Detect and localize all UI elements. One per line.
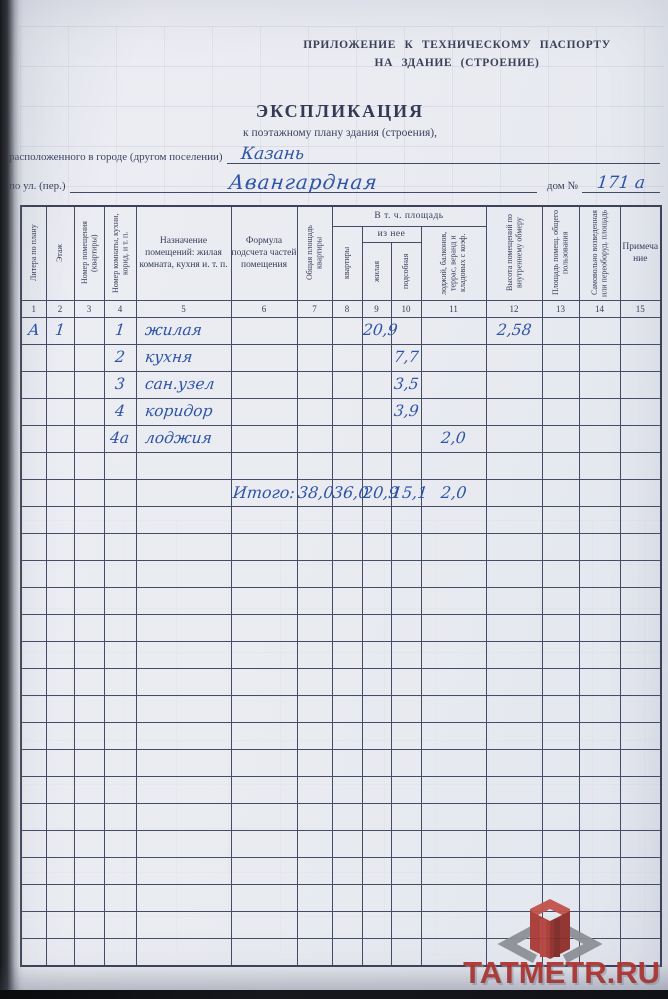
- table-cell: [579, 398, 620, 425]
- table-cell: [620, 506, 661, 533]
- table-cell: 2,0: [421, 479, 486, 506]
- table-cell: [542, 425, 579, 452]
- table-cell: [46, 695, 74, 722]
- column-header-primechanie: Примечание: [620, 206, 661, 300]
- table-cell: 3,9: [391, 398, 421, 425]
- table-cell: [579, 533, 620, 560]
- table-cell: [542, 317, 579, 344]
- table-cell: [421, 614, 486, 641]
- table-cell: [46, 722, 74, 749]
- table-cell: [332, 452, 362, 479]
- table-cell: [542, 452, 579, 479]
- table-cell: [104, 830, 136, 857]
- table-cell: [421, 398, 486, 425]
- table-cell: [362, 803, 391, 830]
- column-number: 4: [104, 300, 136, 317]
- handwritten-entry: 2,58: [496, 321, 532, 339]
- table-cell: [332, 614, 362, 641]
- table-cell: [421, 533, 486, 560]
- table-cell: сан.узел: [136, 371, 231, 398]
- table-cell: [136, 884, 231, 911]
- empty-row: [21, 560, 661, 587]
- handwritten-entry: 3: [114, 375, 126, 393]
- table-cell: [620, 452, 661, 479]
- handwritten-entry: 1: [54, 321, 66, 339]
- table-cell: [542, 560, 579, 587]
- column-header-naznachenie: Назначение помещений: жилая комната, кух…: [136, 206, 231, 300]
- table-cell: [620, 776, 661, 803]
- table-cell: [362, 857, 391, 884]
- table-cell: [297, 587, 332, 614]
- table-cell: [231, 452, 297, 479]
- table-cell: [231, 938, 297, 966]
- entry-row: 4алоджия2,0: [21, 425, 661, 452]
- table-cell: [46, 398, 74, 425]
- page-subtitle: к поэтажному плану здания (строения),: [40, 127, 640, 139]
- table-cell: [21, 695, 46, 722]
- table-cell: [74, 803, 104, 830]
- table-cell: [136, 668, 231, 695]
- table-cell: [297, 614, 332, 641]
- table-cell: [297, 560, 332, 587]
- empty-row: [21, 695, 661, 722]
- table-cell: [136, 722, 231, 749]
- table-cell: [46, 803, 74, 830]
- table-cell: [136, 614, 231, 641]
- handwritten-entry: 38,0: [297, 483, 335, 502]
- table-cell: [332, 425, 362, 452]
- scanned-document-photo: { "page": { "header_line1": "ПРИЛОЖЕНИЕ …: [0, 0, 668, 999]
- table-cell: [391, 803, 421, 830]
- table-cell: [231, 776, 297, 803]
- table-cell: [332, 857, 362, 884]
- table-cell: [104, 479, 136, 506]
- handwritten-entry: 2: [114, 348, 126, 366]
- table-cell: [136, 803, 231, 830]
- table-cell: [46, 344, 74, 371]
- table-cell: [74, 695, 104, 722]
- table-cell: 4а: [104, 425, 136, 452]
- table-cell: [297, 425, 332, 452]
- handwritten-entry: кухня: [144, 348, 193, 366]
- table-cell: [332, 641, 362, 668]
- table-cell: [74, 749, 104, 776]
- table-cell: [46, 938, 74, 966]
- table-cell: [391, 884, 421, 911]
- table-cell: [297, 722, 332, 749]
- table-cell: [297, 452, 332, 479]
- table-cell: [542, 803, 579, 830]
- table-cell: [21, 722, 46, 749]
- table-cell: [620, 803, 661, 830]
- table-cell: [21, 749, 46, 776]
- table-cell: [231, 614, 297, 641]
- table-cell: [136, 857, 231, 884]
- table-cell: [362, 506, 391, 533]
- table-cell: 2,0: [421, 425, 486, 452]
- table-cell: [620, 587, 661, 614]
- table-cell: 2,58: [486, 317, 542, 344]
- entry-row: А11жилая20,92,58: [21, 317, 661, 344]
- group-header-iz-nee: из нее: [362, 226, 421, 242]
- table-cell: [74, 884, 104, 911]
- table-cell: [46, 587, 74, 614]
- table-cell: [231, 560, 297, 587]
- column-header-obshchego-polzovaniya: Площадь помещ. общего пользования: [542, 206, 579, 300]
- table-cell: [74, 722, 104, 749]
- table-cell: [74, 506, 104, 533]
- location-underline: Казань: [227, 146, 660, 164]
- table-cell: [391, 560, 421, 587]
- table-cell: [620, 344, 661, 371]
- table-cell: [620, 398, 661, 425]
- table-cell: [21, 425, 46, 452]
- table-cell: [579, 452, 620, 479]
- table-cell: [579, 749, 620, 776]
- empty-row: [21, 614, 661, 641]
- table-cell: [297, 857, 332, 884]
- table-cell: [362, 830, 391, 857]
- empty-row: [21, 452, 661, 479]
- table-cell: [104, 857, 136, 884]
- table-cell: [231, 641, 297, 668]
- table-cell: [231, 533, 297, 560]
- table-cell: [332, 722, 362, 749]
- table-cell: [74, 398, 104, 425]
- document-header: ПРИЛОЖЕНИЕ К ТЕХНИЧЕСКОМУ ПАСПОРТУ НА ЗД…: [258, 36, 656, 73]
- table-cell: [391, 938, 421, 966]
- table-cell: [421, 587, 486, 614]
- column-number: 6: [231, 300, 297, 317]
- table-cell: [21, 371, 46, 398]
- table-cell: коридор: [136, 398, 231, 425]
- column-header-nomer-komnaty: Номер комнаты, кухни, корид. и т. п.: [104, 206, 136, 300]
- column-number: 14: [579, 300, 620, 317]
- table-cell: [231, 803, 297, 830]
- table-cell: [579, 803, 620, 830]
- table-cell: 4: [104, 398, 136, 425]
- table-cell: 38,0: [297, 479, 332, 506]
- table-cell: [362, 776, 391, 803]
- handwritten-entry: 3,9: [393, 402, 420, 420]
- table-cell: [391, 857, 421, 884]
- table-cell: [136, 479, 231, 506]
- table-cell: [74, 452, 104, 479]
- table-cell: [46, 668, 74, 695]
- table-cell: [542, 857, 579, 884]
- house-underline: 171 а: [582, 175, 660, 193]
- table-cell: [297, 533, 332, 560]
- table-cell: [620, 560, 661, 587]
- column-header-nomer-pomeshcheniya: Номер помещения (квартиры): [74, 206, 104, 300]
- table-cell: [542, 344, 579, 371]
- table-cell: [231, 344, 297, 371]
- table-cell: [231, 749, 297, 776]
- table-cell: [362, 668, 391, 695]
- table-cell: [332, 749, 362, 776]
- column-number: 13: [542, 300, 579, 317]
- table-cell: [486, 560, 542, 587]
- table-cell: [486, 749, 542, 776]
- table-cell: [46, 425, 74, 452]
- table-cell: [362, 452, 391, 479]
- table-cell: [542, 587, 579, 614]
- table-cell: [136, 452, 231, 479]
- column-header-etazh: Этаж: [46, 206, 74, 300]
- table-cell: [297, 668, 332, 695]
- table-cell: [362, 641, 391, 668]
- table-cell: [21, 884, 46, 911]
- table-cell: [486, 371, 542, 398]
- table-cell: [421, 371, 486, 398]
- form-row-location: расположенного в городе (другом поселени…: [9, 146, 660, 164]
- table-cell: [46, 884, 74, 911]
- table-cell: лоджия: [136, 425, 231, 452]
- page-bottom-shadow: [0, 964, 668, 990]
- handwritten-entry: 15,1: [391, 483, 429, 502]
- table-cell: 3,5: [391, 371, 421, 398]
- column-header-zhilaya: жилая: [362, 242, 391, 300]
- handwritten-entry: 3,5: [393, 375, 420, 393]
- table-cell: [332, 938, 362, 966]
- table-cell: [297, 398, 332, 425]
- table-cell: [391, 911, 421, 938]
- table-cell: [620, 695, 661, 722]
- table-cell: [421, 344, 486, 371]
- column-number: 11: [421, 300, 486, 317]
- location-handwritten-value: Казань: [240, 146, 305, 163]
- house-number-label: дом №: [537, 180, 582, 193]
- page-title: ЭКСПЛИКАЦИЯ: [40, 101, 640, 122]
- table-cell: [362, 938, 391, 966]
- table-cell: [486, 398, 542, 425]
- table-cell: [297, 641, 332, 668]
- table-cell: [391, 614, 421, 641]
- table-cell: [579, 587, 620, 614]
- column-number-row: 1 2 3 4 5 6 7 8 9 10 11 12 13 14 15: [21, 300, 661, 317]
- table-cell: [362, 695, 391, 722]
- table-cell: [362, 371, 391, 398]
- column-number: 1: [21, 300, 46, 317]
- column-header-vysota: Высота помещений по внутреннему обмеру: [486, 206, 542, 300]
- table-cell: 7,7: [391, 344, 421, 371]
- table-cell: [136, 641, 231, 668]
- handwritten-entry: сан.узел: [144, 375, 215, 393]
- table-cell: [104, 776, 136, 803]
- table-cell: [74, 614, 104, 641]
- table-cell: 15,1: [391, 479, 421, 506]
- table-cell: [74, 938, 104, 966]
- table-cell: [46, 830, 74, 857]
- table-cell: [332, 803, 362, 830]
- table-cell: [231, 371, 297, 398]
- empty-row: [21, 533, 661, 560]
- handwritten-entry: жилая: [144, 321, 203, 339]
- column-number: 7: [297, 300, 332, 317]
- handwritten-entry: 20,9: [362, 321, 398, 339]
- table-cell: [332, 371, 362, 398]
- table-cell: [104, 938, 136, 966]
- table-cell: [231, 857, 297, 884]
- empty-row: [21, 587, 661, 614]
- table-cell: [297, 803, 332, 830]
- table-cell: [332, 668, 362, 695]
- form-row-street: по ул. (пер.) Авангардная дом № 171 а: [9, 172, 660, 193]
- table-cell: [21, 857, 46, 884]
- column-header-formula: Формула подсчета частей помещения: [231, 206, 297, 300]
- table-cell: [620, 857, 661, 884]
- table-cell: [421, 452, 486, 479]
- table-cell: [391, 668, 421, 695]
- table-cell: [486, 722, 542, 749]
- table-cell: [486, 452, 542, 479]
- table-cell: [231, 506, 297, 533]
- table-cell: [104, 506, 136, 533]
- table-cell: [104, 587, 136, 614]
- table-cell: [620, 641, 661, 668]
- table-cell: [421, 857, 486, 884]
- handwritten-entry: 1: [114, 321, 126, 339]
- table-cell: [104, 614, 136, 641]
- entry-row: 3сан.узел3,5: [21, 371, 661, 398]
- table-cell: [297, 884, 332, 911]
- table-cell: 20,9: [362, 479, 391, 506]
- table-cell: [486, 344, 542, 371]
- table-cell: [486, 425, 542, 452]
- table-cell: [21, 506, 46, 533]
- totals-row: Итого:38,036,020,915,12,0: [21, 479, 661, 506]
- table-cell: [421, 776, 486, 803]
- column-header-samovolno: Самовольно возведенная или переоборуд. п…: [579, 206, 620, 300]
- table-cell: [74, 776, 104, 803]
- table-cell: [421, 641, 486, 668]
- table-cell: [46, 533, 74, 560]
- table-cell: [362, 587, 391, 614]
- table-cell: [74, 641, 104, 668]
- table-cell: [620, 317, 661, 344]
- table-cell: жилая: [136, 317, 231, 344]
- table-cell: 3: [104, 371, 136, 398]
- table-cell: [542, 830, 579, 857]
- table-cell: [362, 614, 391, 641]
- table-cell: [74, 425, 104, 452]
- table-cell: [231, 722, 297, 749]
- table-cell: [620, 479, 661, 506]
- table-cell: [136, 776, 231, 803]
- empty-row: [21, 857, 661, 884]
- table-cell: [620, 371, 661, 398]
- table-cell: [579, 317, 620, 344]
- table-cell: [297, 749, 332, 776]
- table-cell: [391, 587, 421, 614]
- table-cell: [46, 911, 74, 938]
- handwritten-entry: коридор: [144, 402, 213, 420]
- table-cell: [74, 830, 104, 857]
- table-cell: [362, 722, 391, 749]
- table-cell: [391, 425, 421, 452]
- empty-row: [21, 506, 661, 533]
- table-cell: 20,9: [362, 317, 391, 344]
- column-header-obshchaya-ploshchad: Общая площадь квартиры: [297, 206, 332, 300]
- table-cell: [486, 587, 542, 614]
- table-cell: [620, 749, 661, 776]
- table-cell: [486, 614, 542, 641]
- table-cell: [231, 317, 297, 344]
- table-cell: [486, 857, 542, 884]
- table-cell: [542, 398, 579, 425]
- table-cell: [542, 695, 579, 722]
- table-cell: [21, 560, 46, 587]
- table-cell: [332, 830, 362, 857]
- column-header-lodzhiy: лоджий, балконов, террас, веранд и кладо…: [421, 226, 486, 300]
- table-cell: [46, 479, 74, 506]
- empty-row: [21, 722, 661, 749]
- table-cell: [46, 614, 74, 641]
- table-cell: [362, 884, 391, 911]
- column-number: 8: [332, 300, 362, 317]
- table-cell: [136, 587, 231, 614]
- table-cell: [46, 641, 74, 668]
- table-cell: [136, 533, 231, 560]
- street-underline: Авангардная: [70, 172, 537, 193]
- table-cell: [542, 479, 579, 506]
- table-cell: [21, 614, 46, 641]
- table-cell: [391, 830, 421, 857]
- table-cell: [579, 641, 620, 668]
- table-cell: [620, 614, 661, 641]
- table-cell: [542, 776, 579, 803]
- table-cell: [579, 668, 620, 695]
- table-cell: [74, 533, 104, 560]
- table-cell: [332, 695, 362, 722]
- table-cell: [21, 587, 46, 614]
- table-cell: [74, 560, 104, 587]
- table-cell: [542, 614, 579, 641]
- table-cell: [579, 560, 620, 587]
- table-cell: [332, 317, 362, 344]
- empty-row: [21, 803, 661, 830]
- table-cell: [231, 884, 297, 911]
- entry-row: 4коридор3,9: [21, 398, 661, 425]
- table-cell: [231, 830, 297, 857]
- table-cell: [104, 722, 136, 749]
- table-cell: [136, 911, 231, 938]
- table-cell: Итого:: [231, 479, 297, 506]
- table-cell: [104, 911, 136, 938]
- table-cell: [21, 668, 46, 695]
- table-cell: [579, 479, 620, 506]
- table-cell: [421, 317, 486, 344]
- table-cell: 1: [46, 317, 74, 344]
- location-label: расположенного в городе (другом поселени…: [9, 151, 227, 164]
- handwritten-entry: 4: [114, 402, 126, 420]
- table-cell: [620, 533, 661, 560]
- table-cell: [332, 533, 362, 560]
- table-cell: [486, 695, 542, 722]
- group-header-vtch-ploshchad: В т. ч. площадь: [332, 206, 486, 226]
- table-cell: [297, 830, 332, 857]
- table-cell: [297, 938, 332, 966]
- table-cell: [620, 830, 661, 857]
- entry-row: 2кухня7,7: [21, 344, 661, 371]
- table-cell: [46, 452, 74, 479]
- table-cell: [579, 695, 620, 722]
- table-cell: [486, 641, 542, 668]
- table-cell: [542, 533, 579, 560]
- table-cell: [231, 668, 297, 695]
- table-cell: [74, 344, 104, 371]
- table-cell: [297, 344, 332, 371]
